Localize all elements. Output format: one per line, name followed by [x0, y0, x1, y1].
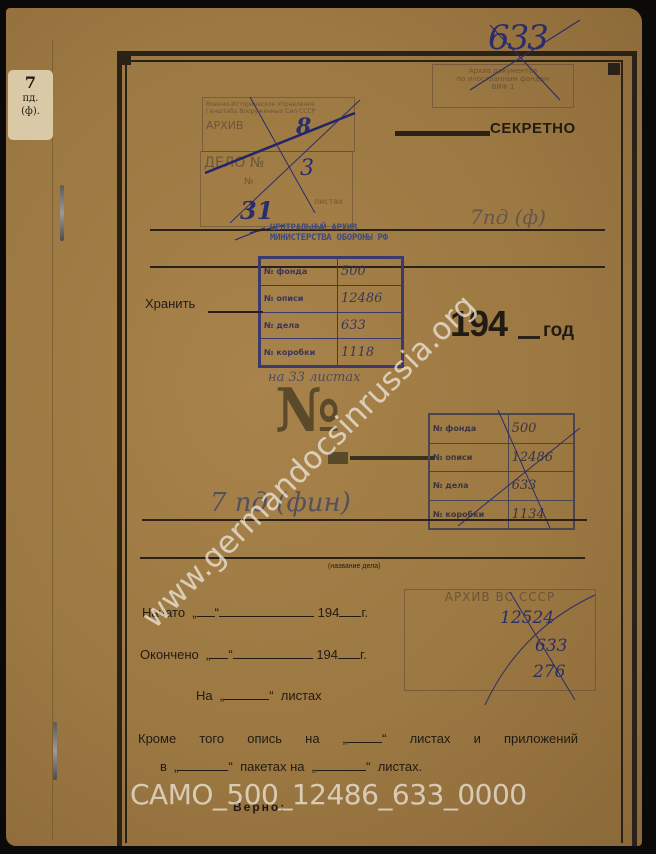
blue-stamp-value-fond: 500	[338, 259, 402, 286]
inventory-word-4: на	[305, 731, 319, 746]
on-sheets-row: На „“ листах	[196, 688, 322, 703]
blue-stamp-label-delo: № дела	[261, 312, 338, 339]
pencil-annotation: 7пд (ф)	[470, 205, 546, 229]
faded-stamp-line3: ВИФ 1	[433, 83, 573, 91]
started-year-abbr: г.	[361, 605, 368, 620]
blue-stamp-label-fond: № фонда	[261, 259, 338, 286]
on-sheets-blank	[224, 699, 269, 700]
frame-corner-tr	[608, 63, 620, 75]
staple-top	[60, 185, 64, 241]
inventory-word-3: опись	[247, 731, 282, 746]
packets-sheets-blank	[316, 770, 366, 771]
faded-archive-stamp: Архив документов по иностранным фондам В…	[432, 64, 574, 108]
inventory-word-5: листах	[410, 731, 451, 746]
inventory-row: Кроме того опись на „“ листах и приложен…	[138, 731, 578, 746]
packets-prefix: в	[160, 759, 167, 774]
central-archive-line1: ЦЕНТРАЛЬНЫЙ АРХИВ	[270, 223, 388, 233]
secret-rule	[395, 131, 490, 136]
inventory-word-1: Кроме	[138, 731, 176, 746]
inventory-sheets-blank	[347, 742, 382, 743]
blue-archive-stamp: № фонда500 № описи12486 № дела633 № коро…	[258, 256, 404, 368]
started-day-blank	[197, 616, 215, 617]
staple-bottom	[53, 722, 57, 780]
year-suffix: год	[543, 320, 574, 342]
ended-row: Окончено „“ 194г.	[140, 647, 367, 662]
started-month-blank	[219, 616, 314, 617]
inventory-word-7: приложений	[504, 731, 578, 746]
packets-mid: пакетах на	[240, 759, 304, 774]
on-sheets-suffix: листах	[281, 688, 322, 703]
keep-label: Хранить	[145, 296, 195, 311]
blue-stamp-value-delo: 633	[338, 312, 402, 339]
sticker-number: 7	[8, 70, 53, 92]
case-title-line-1	[142, 519, 587, 521]
started-year: 194	[318, 605, 340, 620]
packets-suffix: листах.	[378, 759, 423, 774]
keep-line	[208, 311, 263, 313]
ended-year: 194	[316, 647, 338, 662]
central-archive-stamp: ЦЕНТРАЛЬНЫЙ АРХИВ МИНИСТЕРСТВА ОБОРОНЫ Р…	[270, 223, 388, 243]
sticker-line2: пд.	[8, 92, 53, 105]
ended-year-blank	[338, 658, 360, 659]
case-title-caption: (название дела)	[328, 563, 380, 570]
frame-corner-tl	[117, 51, 131, 65]
central-archive-line2: МИНИСТЕРСТВА ОБОРОНЫ РФ	[270, 233, 388, 243]
blue-stamp-label-opis: № описи	[261, 285, 338, 312]
faded-stamp-line1: Архив документов	[433, 67, 573, 75]
blue-stamp-table: № фонда500 № описи12486 № дела633 № коро…	[260, 258, 402, 366]
secret-label: СЕКРЕТНО	[490, 120, 576, 137]
shelf-label-sticker: 7 пд. (ф).	[8, 70, 53, 140]
inventory-word-6: и	[474, 731, 481, 746]
ended-day-blank	[210, 658, 228, 659]
started-year-blank	[339, 616, 361, 617]
ended-label: Окончено	[140, 647, 199, 662]
sticker-line3: (ф).	[8, 105, 53, 118]
ended-year-abbr: г.	[360, 647, 367, 662]
packets-row: в „“ пакетах на „“ листах.	[160, 759, 422, 774]
blue-stamp-label-box: № коробки	[261, 339, 338, 366]
blue-stamp-value-opis: 12486	[338, 285, 402, 312]
case-number-line	[350, 456, 435, 460]
gray-stamp-strike-lines	[430, 408, 590, 533]
spine-crease	[52, 40, 53, 840]
inventory-word-2: того	[199, 731, 224, 746]
faded-stamp-line2: по иностранным фондам	[433, 75, 573, 83]
caption-watermark: CAMO_500_12486_633_0000	[130, 778, 527, 811]
ussr-stamp-strike-lines	[480, 590, 600, 710]
on-sheets-prefix: На	[196, 688, 213, 703]
year-blank	[518, 336, 540, 339]
ended-month-blank	[233, 658, 313, 659]
packets-count-blank	[178, 770, 228, 771]
